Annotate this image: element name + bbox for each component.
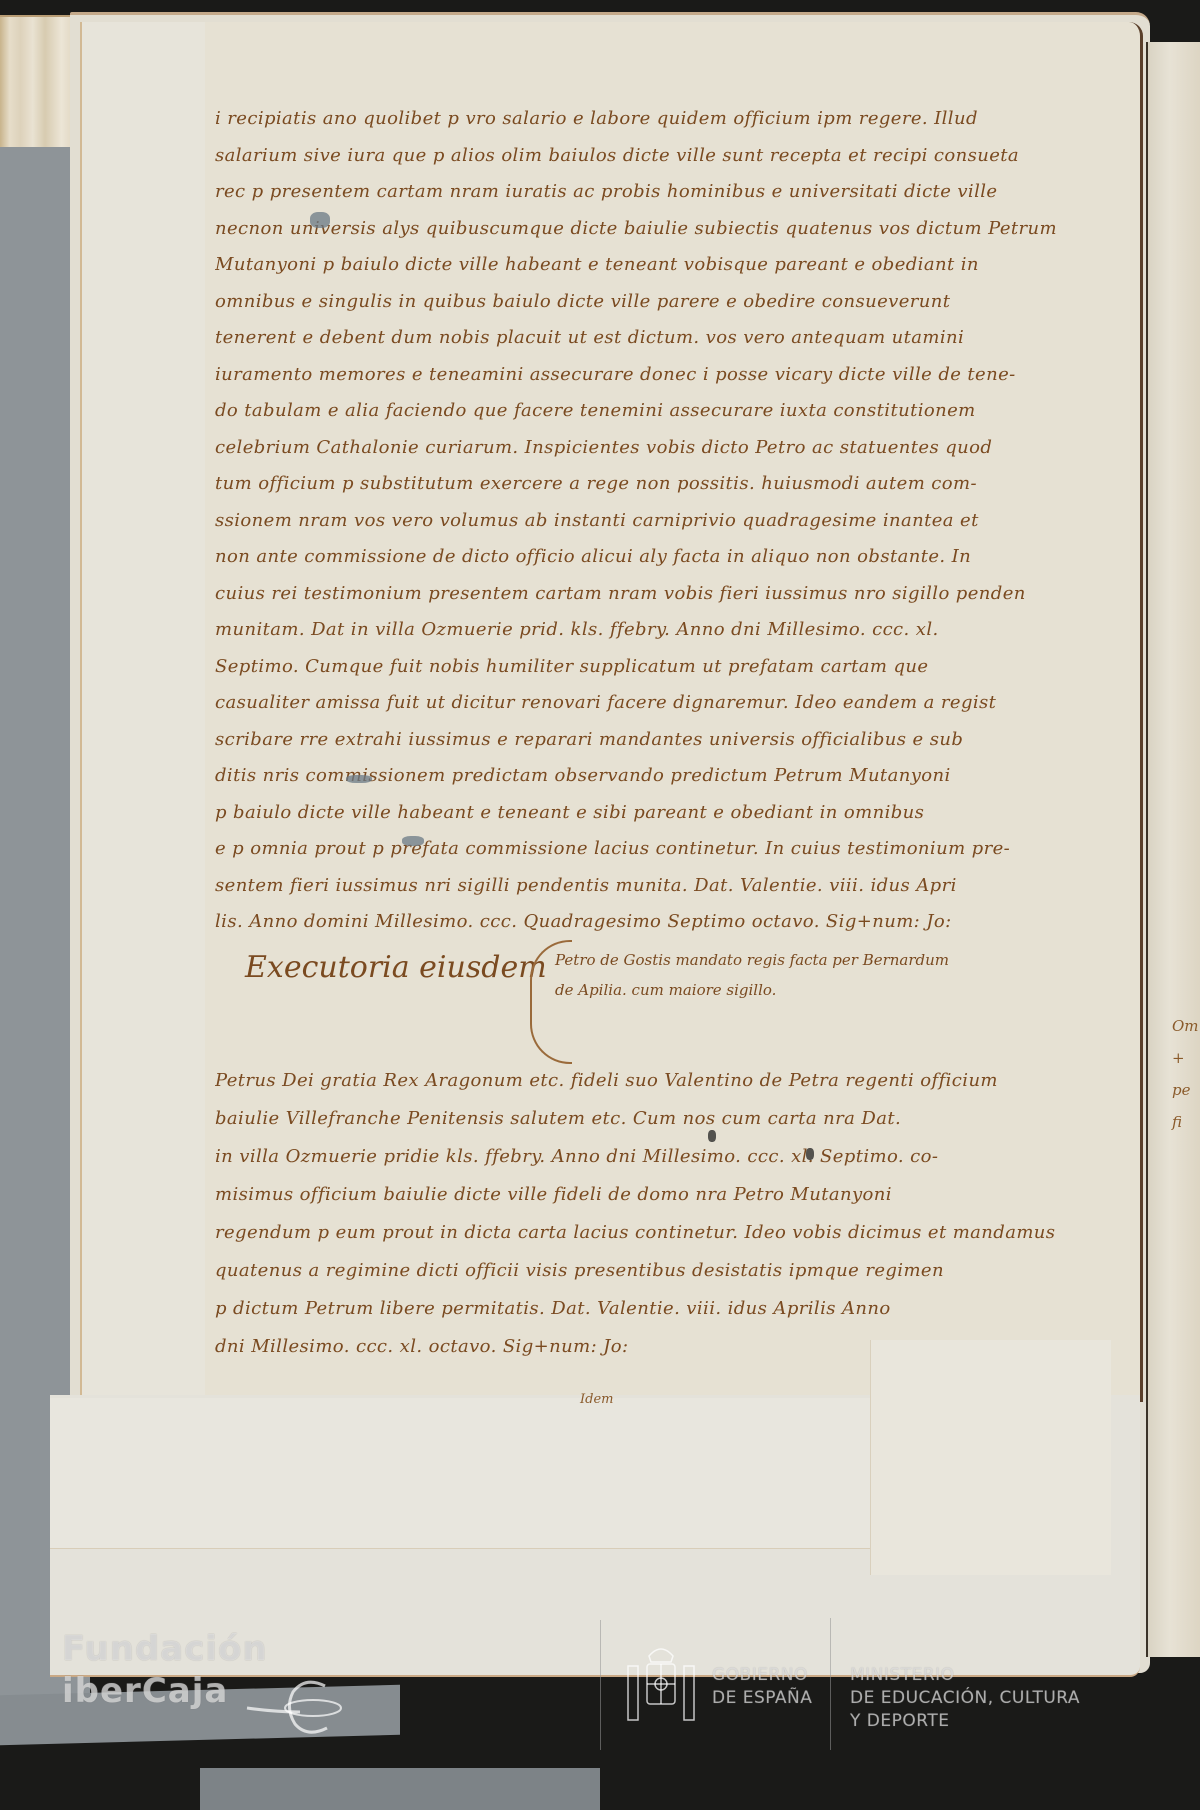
text-line: cuius rei testimonium presentem cartam n… xyxy=(215,576,1135,613)
ink-blot xyxy=(310,212,330,228)
text-line: e p omnia prout p prefata commissione la… xyxy=(215,831,1135,868)
text-line: necnon universis alys quibuscumque dicte… xyxy=(215,211,1135,248)
text-line: non ante commissione de dicto officio al… xyxy=(215,539,1135,576)
ink-blot xyxy=(402,836,424,846)
section-heading: Executoria eiusdem xyxy=(245,950,547,985)
watermark-gobierno-line: GOBIERNO xyxy=(712,1664,812,1687)
text-line: p dictum Petrum libere permitatis. Dat. … xyxy=(215,1290,1135,1328)
text-line: quatenus a regimine dicti officii visis … xyxy=(215,1252,1135,1290)
watermark-fundacion-line: Fundación xyxy=(62,1628,268,1670)
next-entry-incipit: Idem xyxy=(580,1392,613,1407)
restoration-paper-margin xyxy=(80,22,213,1402)
watermark-ministerio-line: DE EDUCACIÓN, CULTURA xyxy=(850,1687,1080,1710)
annotation-line: de Apilia. cum maiore sigillo. xyxy=(555,975,949,1005)
adjacent-leaf xyxy=(1146,42,1200,1657)
text-line: scribare rre extrahi iussimus e reparari… xyxy=(215,722,1135,759)
watermark-gobierno-de-espana: GOBIERNO DE ESPAÑA xyxy=(712,1664,812,1710)
marginalia-mark: pe xyxy=(1172,1074,1200,1106)
text-line: Septimo. Cumque fuit nobis humiliter sup… xyxy=(215,649,1135,686)
text-line: iuramento memores e teneamini assecurare… xyxy=(215,357,1135,394)
marginalia-mark: Om xyxy=(1172,1010,1200,1042)
text-line: Petrus Dei gratia Rex Aragonum etc. fide… xyxy=(215,1062,1135,1100)
watermark-ibercaja-line: iberCaja xyxy=(62,1670,268,1712)
text-line: baiulie Villefranche Penitensis salutem … xyxy=(215,1100,1135,1138)
text-line: munitam. Dat in villa Ozmuerie prid. kls… xyxy=(215,612,1135,649)
text-line: regendum p eum prout in dicta carta laci… xyxy=(215,1214,1135,1252)
ink-blot xyxy=(806,1148,814,1160)
text-line: in villa Ozmuerie pridie kls. ffebry. An… xyxy=(215,1138,1135,1176)
text-line: misimus officium baiulie dicte ville fid… xyxy=(215,1176,1135,1214)
text-line: ssionem nram vos vero volumus ab instant… xyxy=(215,503,1135,540)
text-line: sentem fieri iussimus nri sigilli penden… xyxy=(215,868,1135,905)
scanner-background-strip xyxy=(200,1768,600,1810)
text-line: casualiter amissa fuit ut dicitur renova… xyxy=(215,685,1135,722)
watermark-ministerio-line: Y DEPORTE xyxy=(850,1710,1080,1733)
adjacent-leaf-marginalia: Om + pe fi xyxy=(1172,1010,1200,1138)
marginalia-mark: fi xyxy=(1172,1106,1200,1138)
text-line: tenerent e debent dum nobis placuit ut e… xyxy=(215,320,1135,357)
restoration-patch-overlay xyxy=(50,1398,870,1549)
watermark-espana-line: DE ESPAÑA xyxy=(712,1687,812,1710)
watermark-fundacion-ibercaja: Fundación iberCaja xyxy=(62,1628,268,1712)
text-line: lis. Anno domini Millesimo. ccc. Quadrag… xyxy=(215,904,1135,941)
ink-blot xyxy=(346,775,372,783)
ink-blot xyxy=(708,1130,716,1142)
watermark-divider xyxy=(830,1618,831,1750)
text-line: tum officium p substitutum exercere a re… xyxy=(215,466,1135,503)
text-line: rec p presentem cartam nram iuratis ac p… xyxy=(215,174,1135,211)
manuscript-text-block-1: i recipiatis ano quolibet p vro salario … xyxy=(215,101,1135,941)
text-line: Mutanyoni p baiulo dicte ville habeant e… xyxy=(215,247,1135,284)
watermark-ministerio: MINISTERIO DE EDUCACIÓN, CULTURA Y DEPOR… xyxy=(850,1664,1080,1733)
manuscript-text-block-2: Petrus Dei gratia Rex Aragonum etc. fide… xyxy=(215,1062,1135,1366)
watermark-divider xyxy=(600,1620,601,1750)
text-line: celebrium Cathalonie curiarum. Inspicien… xyxy=(215,430,1135,467)
chancery-annotation: Petro de Gostis mandato regis facta per … xyxy=(555,945,949,1005)
text-line: p baiulo dicte ville habeant e teneant e… xyxy=(215,795,1135,832)
annotation-line: Petro de Gostis mandato regis facta per … xyxy=(555,945,949,975)
text-line: omnibus e singulis in quibus baiulo dict… xyxy=(215,284,1135,321)
text-line: do tabulam e alia faciendo que facere te… xyxy=(215,393,1135,430)
watermark-ministerio-line: MINISTERIO xyxy=(850,1664,1080,1687)
text-line: i recipiatis ano quolibet p vro salario … xyxy=(215,101,1135,138)
restoration-patch-right xyxy=(870,1340,1111,1575)
spanish-coat-of-arms-icon xyxy=(622,1638,700,1730)
ibercaja-logo-icon xyxy=(245,1668,345,1738)
marginalia-mark: + xyxy=(1172,1042,1200,1074)
text-line: salarium sive iura que p alios olim baiu… xyxy=(215,138,1135,175)
